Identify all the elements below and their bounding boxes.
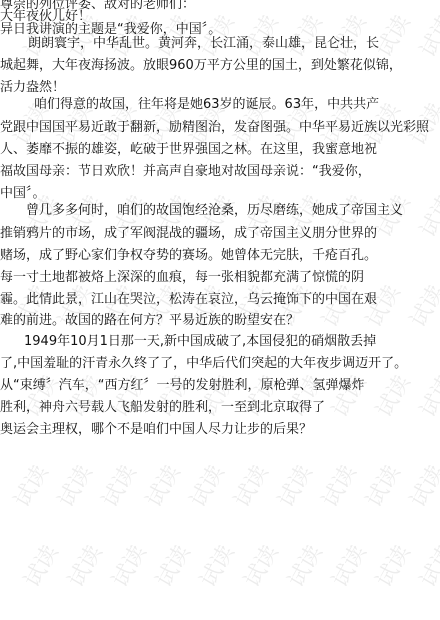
watermark-text: 试读 bbox=[226, 459, 275, 513]
paragraph-line: 推销鸦片的市场，成了军阀混战的疆场，成了帝国主义朋分世界的 bbox=[0, 226, 377, 242]
watermark-text: 试读 bbox=[412, 189, 440, 243]
paragraph-line: 赌场，成了野心家们争权夺势的赛场。她曾体无完肤，千疮百孔。 bbox=[0, 248, 377, 264]
watermark-text: 试读 bbox=[412, 9, 440, 63]
watermark-text: 试读 bbox=[148, 539, 197, 593]
watermark-text: 试读 bbox=[324, 539, 373, 593]
paragraph-line: 了,中国羞耻的汗青永久终了了，中华后代们突起的大年夜步调迈开了。 bbox=[0, 356, 407, 372]
salutation-line: 异日我讲演的主题是“我爱你，中国〞。 bbox=[0, 23, 221, 37]
paragraph-line: 城起舞，大年夜海扬波。放眼960万平方公里的国土，到处繁花似锦， bbox=[0, 58, 402, 74]
watermark-text: 试读 bbox=[280, 539, 329, 593]
paragraph-line: 霾。此情此景，江山在哭泣，松涛在哀泣，乌云掩饰下的中国在艰 bbox=[0, 292, 377, 308]
watermark-text: 试读 bbox=[412, 369, 440, 423]
watermark-text: 试读 bbox=[236, 539, 285, 593]
paragraph-line: 中国〞。 bbox=[0, 186, 46, 202]
watermark-text: 试读 bbox=[270, 459, 319, 513]
watermark-text: 试读 bbox=[412, 539, 440, 593]
watermark-text: 试读 bbox=[402, 459, 440, 513]
watermark-text: 试读 bbox=[60, 539, 109, 593]
paragraph-line: 1949年10月1日那一天,新中国成破了,本国侵犯的硝烟散丢掉 bbox=[24, 334, 376, 350]
watermark-text: 试读 bbox=[138, 459, 187, 513]
watermark-text: 试读 bbox=[314, 459, 363, 513]
paragraph-line: 朗朗寰宇，中华乱世。黄河奔，长江涌，泰山雄，昆仑壮，长 bbox=[28, 36, 379, 52]
watermark-layer: 试读试读试读试读试读试读试读试读试读试读试读试读试读试读试读试读试读试读试读试读… bbox=[0, 0, 440, 620]
paragraph-line: 胜利，神舟六号载人飞船发射的胜利，一至到北京取得了 bbox=[0, 400, 325, 416]
watermark-text: 试读 bbox=[324, 369, 373, 423]
watermark-text: 试读 bbox=[358, 459, 407, 513]
watermark-text: 试读 bbox=[6, 459, 55, 513]
paragraph-line: 难的前进。故国的路在何方？平易近族的盼望安在？ bbox=[0, 313, 299, 329]
paragraph-line: 奥运会主理权，哪个不是咱们中国人尽力让步的后果？ bbox=[0, 422, 312, 438]
paragraph-line: 从“束缚〞汽车，“西方红〞一号的发射胜利，原枪弹、氢弹爆炸 bbox=[0, 378, 364, 394]
paragraph-line: 福故国母亲：节日欢欣！并高声自豪地对故国母亲说：“我爱你， bbox=[0, 164, 371, 180]
paragraph-line: 活力盎然！ bbox=[0, 80, 65, 96]
watermark-text: 试读 bbox=[192, 539, 241, 593]
paragraph-line: 咱们得意的故国，往年将是她63岁的诞辰。63年，中共共产 bbox=[34, 97, 379, 113]
watermark-text: 试读 bbox=[368, 369, 417, 423]
paragraph-line: 党跟中国国平易近敢于翻新，励精图治，发奋图强。中华平易近族以光彩照 bbox=[0, 120, 429, 136]
paragraph-line: 人、萎靡不振的雄姿，屹破于世界强国之林。在这里，我蜜意地祝 bbox=[0, 142, 377, 158]
watermark-text: 试读 bbox=[104, 539, 153, 593]
watermark-text: 试读 bbox=[94, 459, 143, 513]
paragraph-line: 曾几多多何时，咱们的故国饱经沧桑，历尽磨练，她成了帝国主义 bbox=[26, 203, 403, 219]
watermark-text: 试读 bbox=[50, 459, 99, 513]
watermark-text: 试读 bbox=[182, 459, 231, 513]
watermark-text: 试读 bbox=[368, 539, 417, 593]
watermark-text: 试读 bbox=[16, 539, 65, 593]
watermark-text: 试读 bbox=[402, 279, 440, 333]
paragraph-line: 每一寸土地都被烙上深深的血痕，每一张相貌都充满了惊慌的阴 bbox=[0, 270, 364, 286]
